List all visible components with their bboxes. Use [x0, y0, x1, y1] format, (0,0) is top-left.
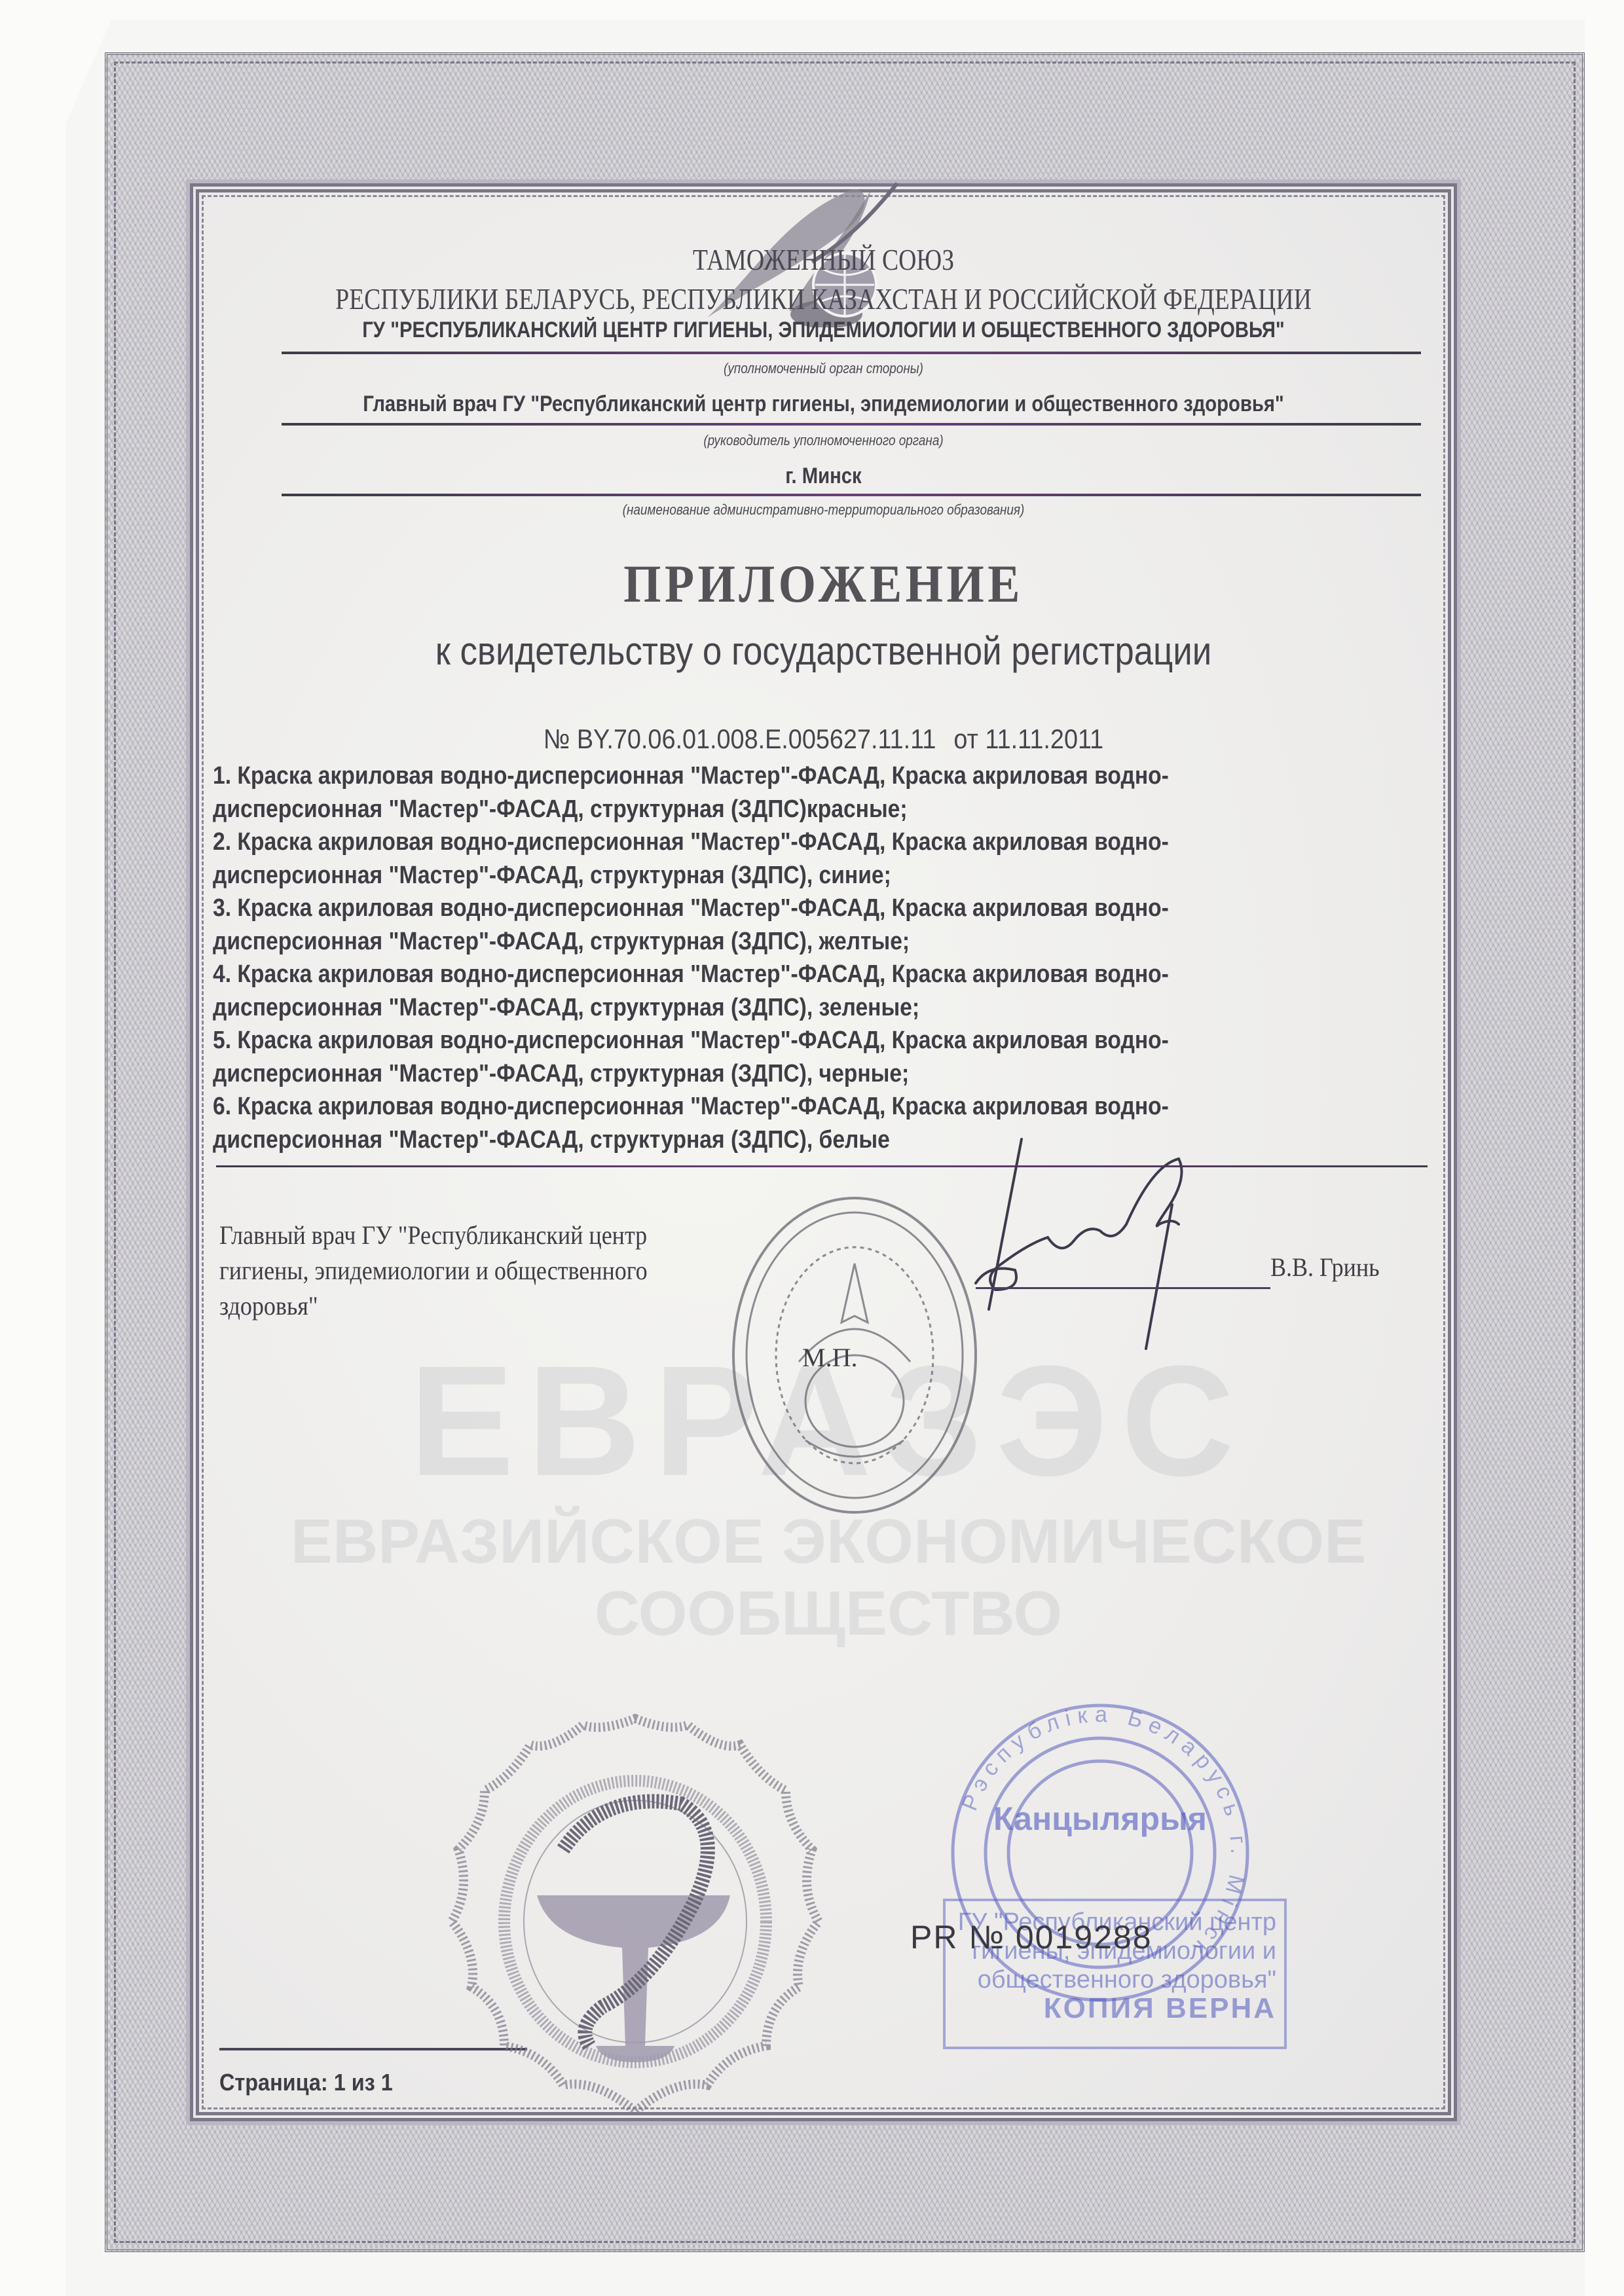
- signatory-line: гигиены, эпидемиологии и общественного: [219, 1253, 809, 1288]
- certificate-number: № BY.70.06.01.008.E.005627.11.11: [544, 723, 936, 754]
- divider: [282, 494, 1421, 496]
- list-item: 3. Краска акриловая водно-дисперсионная …: [213, 892, 1372, 925]
- document-subtitle: к свидетельству о государственной регист…: [266, 629, 1381, 674]
- list-item: дисперсионная "Мастер"-ФАСАД, структурна…: [213, 1057, 1372, 1091]
- watermark-line: СООБЩЕСТВО: [229, 1578, 1428, 1650]
- list-item: дисперсионная "Мастер"-ФАСАД, структурна…: [213, 991, 1372, 1025]
- registration-number: № BY.70.06.01.008.E.005627.11.11от 11.11…: [253, 723, 1394, 755]
- handwritten-signature-icon: [963, 1126, 1244, 1362]
- svg-text:Канцылярыя: Канцылярыя: [993, 1800, 1207, 1837]
- city-caption: (наименование административно-территориа…: [346, 501, 1301, 519]
- signatory-line: Главный врач ГУ "Республиканский центр: [219, 1218, 809, 1253]
- head-of-authority: Главный врач ГУ "Республиканский центр г…: [346, 392, 1301, 417]
- seal-placeholder-label: М.П.: [802, 1342, 857, 1373]
- list-item: 4. Краска акриловая водно-дисперсионная …: [213, 958, 1372, 991]
- form-serial-number: PR № 0019288: [910, 1918, 1153, 1956]
- page-indicator: Страница: 1 из 1: [219, 2069, 393, 2096]
- certificate-date: от 11.11.2011: [953, 723, 1103, 754]
- list-item: 6. Краска акриловая водно-дисперсионная …: [213, 1090, 1372, 1123]
- authority-name: ГУ "РЕСПУБЛИКАНСКИЙ ЦЕНТР ГИГИЕНЫ, ЭПИДЕ…: [346, 318, 1301, 343]
- authority-caption: (уполномоченный орган стороны): [346, 360, 1301, 377]
- list-item: дисперсионная "Мастер"-ФАСАД, структурна…: [213, 925, 1372, 958]
- divider: [282, 423, 1421, 426]
- signatory-position: Главный врач ГУ "Республиканский центр г…: [219, 1218, 809, 1324]
- divider: [282, 352, 1421, 354]
- document-title: ПРИЛОЖЕНИЕ: [253, 553, 1394, 615]
- head-caption: (руководитель уполномоченного органа): [346, 432, 1301, 449]
- stamp-label: КОПИЯ ВЕРНА: [946, 1994, 1276, 2023]
- list-item: 1. Краска акриловая водно-дисперсионная …: [213, 759, 1372, 793]
- signatory-name: В.В. Гринь: [1270, 1252, 1380, 1283]
- caduceus-emblem-icon: [432, 1705, 838, 2124]
- republics-heading: РЕСПУБЛИКИ БЕЛАРУСЬ, РЕСПУБЛИКИ КАЗАХСТА…: [304, 282, 1343, 316]
- product-list: 1. Краска акриловая водно-дисперсионная …: [213, 759, 1372, 1156]
- list-item: 5. Краска акриловая водно-дисперсионная …: [213, 1024, 1372, 1057]
- customs-union-heading: ТАМОЖЕННЫЙ СОЮЗ: [304, 242, 1343, 277]
- list-item: дисперсионная "Мастер"-ФАСАД, структурна…: [213, 793, 1372, 826]
- list-item: дисперсионная "Мастер"-ФАСАД, структурна…: [213, 859, 1372, 892]
- signature-line: [976, 1287, 1270, 1289]
- list-item: 2. Краска акриловая водно-дисперсионная …: [213, 826, 1372, 859]
- stamp-line: общественного здоровья": [946, 1965, 1276, 1994]
- signatory-line: здоровья": [219, 1288, 809, 1324]
- city: г. Минск: [346, 464, 1301, 489]
